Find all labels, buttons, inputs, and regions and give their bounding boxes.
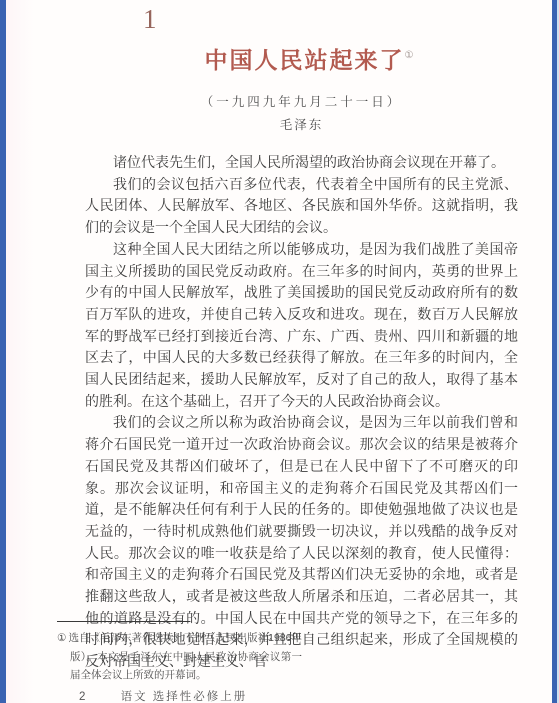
paragraph: 这种全国人民大团结之所以能够成功，是因为我们战胜了美国帝国主义所援助的国民党反动… (85, 239, 518, 413)
footnote: ①选自《毛泽东著作选读》下册（人民出版社1986年版）。本文是毛泽东在中国人民政… (57, 629, 302, 685)
textbook-page: 1 中国人民站起来了① （一九四九年九月二十一日） 毛泽东 诸位代表先生们，全国… (0, 0, 559, 703)
paragraph: 诸位代表先生们，全国人民所渴望的政治协商会议现在开幕了。 (85, 152, 518, 174)
speech-date: （一九四九年九月二十一日） (85, 92, 518, 110)
paragraph: 我们的会议包括六百多位代表，代表着全中国所有的民主党派、人民团体、人民解放军、各… (85, 174, 518, 239)
footnote-line: ①选自《毛泽东著作选读》下册（人民出版社1986年版）。本文是毛泽东在中国人民政… (57, 629, 302, 685)
footnote-marker: ① (57, 632, 66, 644)
lesson-number: 1 (143, 2, 157, 36)
lesson-title-text: 中国人民站起来了 (205, 47, 405, 73)
footer-book-title: 语文 选择性必修上册 (121, 691, 248, 703)
lesson-title: 中国人民站起来了① (85, 42, 533, 75)
footer-page-number: 2 (79, 691, 86, 703)
title-footnote-marker: ① (405, 50, 414, 61)
footnote-separator (57, 621, 190, 622)
page-frame-left-bar (0, 0, 6, 703)
author-name: 毛泽东 (85, 115, 518, 133)
body-text: 诸位代表先生们，全国人民所渴望的政治协商会议现在开幕了。 我们的会议包括六百多位… (85, 152, 518, 673)
page-footer: 2 语文 选择性必修上册 (79, 690, 247, 703)
footnote-text: 选自《毛泽东著作选读》下册（人民出版社1986年版）。本文是毛泽东在中国人民政治… (68, 632, 302, 681)
